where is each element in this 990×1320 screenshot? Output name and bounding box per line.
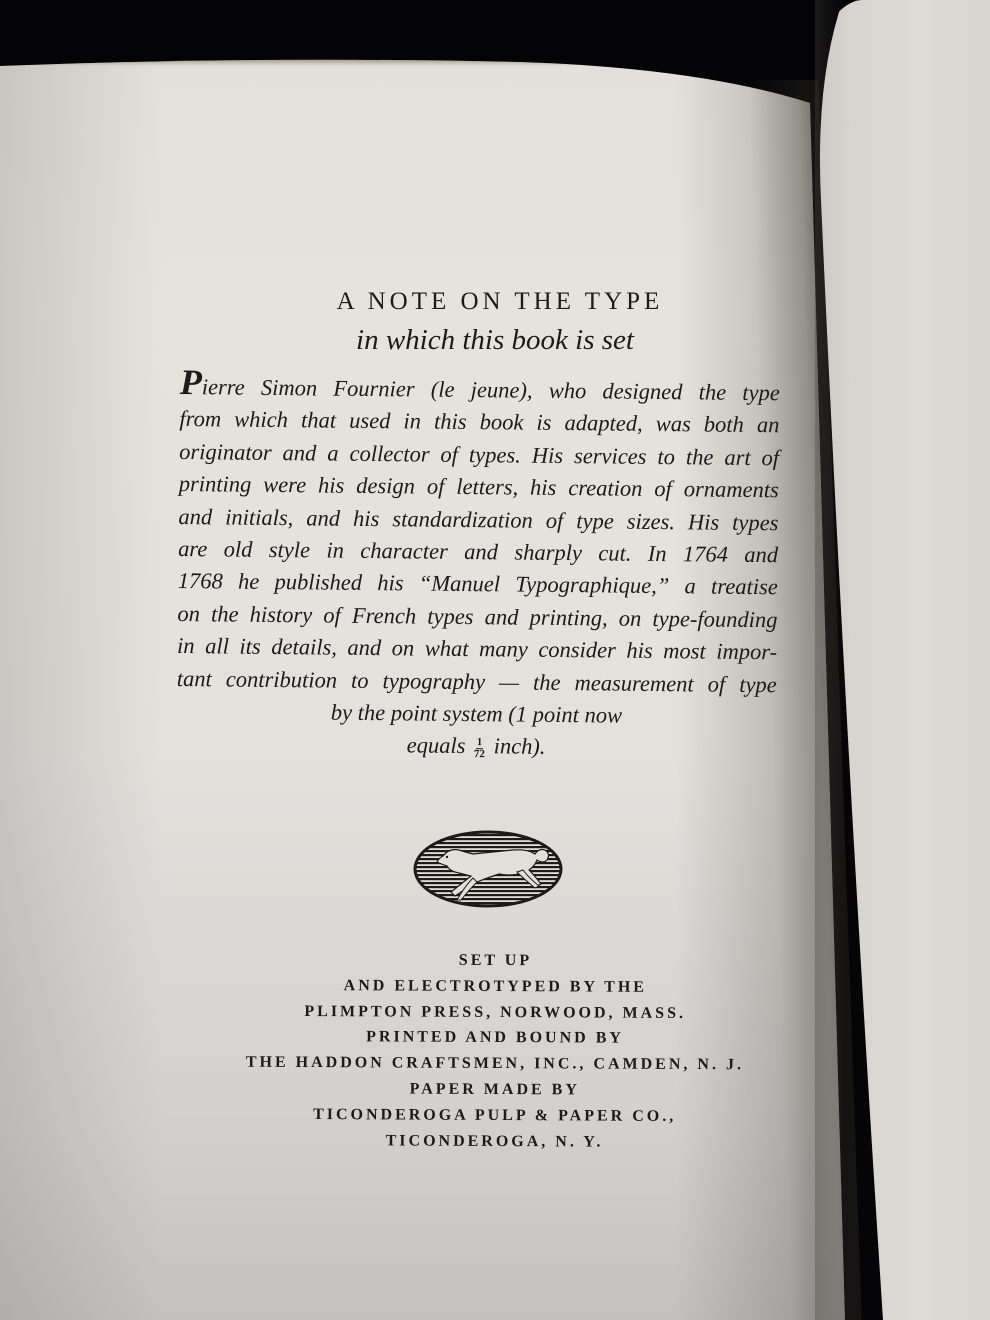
note-body: Pierre Simon Fournier (le jeune), who de… xyxy=(176,371,780,766)
body-line: tant contribution to typography — the me… xyxy=(177,663,777,702)
body-line-text: ierre Simon Fournier (le jeune), who des… xyxy=(202,374,780,405)
imprint-line: TICONDEROGA, N. Y. xyxy=(199,1127,789,1156)
last-line-suffix: inch). xyxy=(494,734,546,760)
printer-imprint: SET UP AND ELECTROTYPED BY THE PLIMPTON … xyxy=(199,946,790,1155)
drop-cap: P xyxy=(180,362,202,402)
imprint-line: SET UP xyxy=(200,946,790,975)
fraction-one-seventy-second: 1 72 xyxy=(474,737,485,760)
imprint-line: PAPER MADE BY xyxy=(200,1075,790,1104)
body-last-line: equals 1 72 inch). xyxy=(176,727,776,766)
note-on-type: A NOTE ON THE TYPE in which this book is… xyxy=(180,288,780,760)
imprint-line: THE HADDON CRAFTSMEN, INC., CAMDEN, N. J… xyxy=(200,1050,790,1079)
imprint-line: TICONDEROGA PULP & PAPER CO., xyxy=(200,1101,790,1130)
borzoi-colophon-icon xyxy=(413,830,563,908)
page-subtitle: in which this book is set xyxy=(180,324,780,357)
imprint-line: PRINTED AND BOUND BY xyxy=(200,1024,790,1053)
imprint-line: PLIMPTON PRESS, NORWOOD, MASS. xyxy=(200,998,790,1027)
fraction-denominator: 72 xyxy=(474,749,485,760)
page-title: A NOTE ON THE TYPE xyxy=(180,288,780,316)
last-line-prefix: equals xyxy=(407,733,466,759)
imprint-line: AND ELECTROTYPED BY THE xyxy=(200,972,790,1001)
